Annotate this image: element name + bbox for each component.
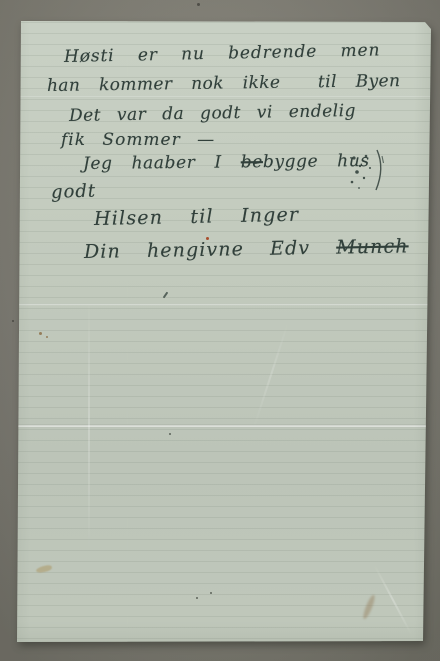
paper-speck <box>210 592 212 594</box>
crease <box>88 300 90 550</box>
stray-pen-mark <box>163 292 169 299</box>
handwriting-line-4: fik Sommer — <box>61 130 215 150</box>
photo-backdrop: Høsti er nu bedrende men han kommer nok … <box>0 0 440 661</box>
letter-page: Høsti er nu bedrende men han kommer nok … <box>0 0 440 661</box>
handwriting-line-5: Jeg haaber I bebygge hus <box>83 151 370 174</box>
rust-speck <box>46 336 48 338</box>
crease <box>253 322 289 427</box>
crossed-out-word: be <box>241 152 263 172</box>
fold-line <box>16 303 430 306</box>
crease <box>373 564 412 636</box>
paper-speck <box>196 597 198 599</box>
fold-line <box>16 424 430 428</box>
stain <box>361 594 376 620</box>
paper-shadow-wrap: Høsti er nu bedrende men han kommer nok … <box>0 0 440 661</box>
greeting-line: Hilsen til Inger <box>94 204 300 230</box>
handwriting-line-6: godt <box>51 180 97 203</box>
line5-text: Jeg haaber I <box>83 152 241 174</box>
signature-name-struck: Munch <box>336 235 409 258</box>
handwriting-line-2: han kommer nok ikke til Byen <box>47 71 401 96</box>
fold-line <box>16 96 430 98</box>
signature-line: Din hengivne Edv Munch — <box>84 235 440 263</box>
stain <box>36 564 53 573</box>
handwriting-line-1: Høsti er nu bedrende men <box>64 40 381 67</box>
paper-speck <box>169 433 171 435</box>
ink-splatter <box>340 146 392 198</box>
red-speck <box>206 237 209 240</box>
handwriting-line-3: Det var da godt vi endelig <box>69 101 356 126</box>
rust-speck <box>39 332 42 335</box>
signature-text: Din hengivne Edv <box>84 237 337 263</box>
signature-flourish: — <box>408 235 440 258</box>
